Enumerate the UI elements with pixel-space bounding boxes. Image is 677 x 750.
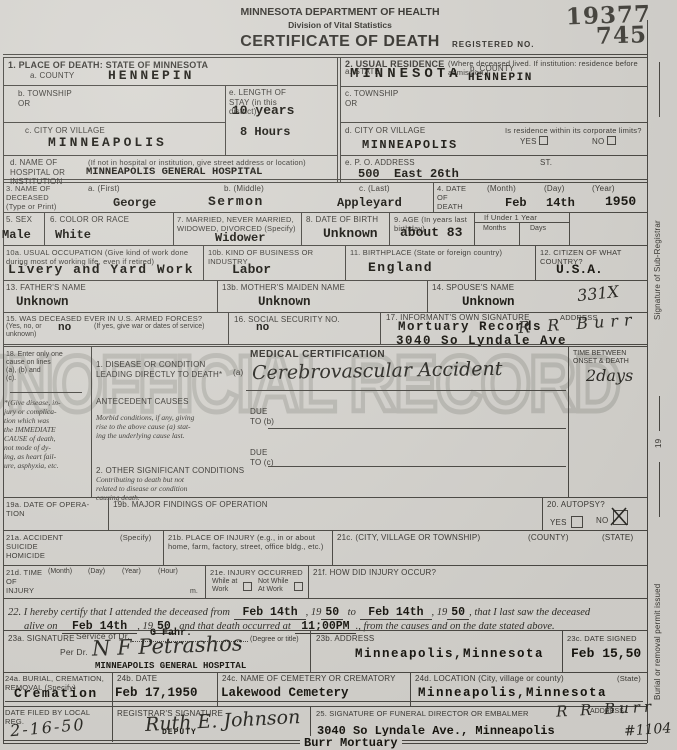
rule	[3, 565, 647, 566]
armed-forces-value: no	[58, 322, 71, 334]
yes-checkbox	[539, 136, 548, 145]
rule	[3, 497, 647, 498]
rule	[3, 85, 337, 86]
residence-county-value: HENNEPIN	[468, 72, 533, 84]
hospital-stamp-value: MINNEAPOLIS GENERAL HOSPITAL	[95, 661, 246, 671]
injury-month-label: (Month)	[48, 568, 72, 576]
injury-hour-label: (Hour)	[158, 568, 178, 576]
autopsy-yes: YES	[550, 516, 583, 528]
header-division: Division of Vital Statistics	[120, 20, 560, 30]
township-label: b. TOWNSHIP OR	[18, 89, 72, 108]
not-while-at-work-label: Not While At Work	[258, 578, 288, 594]
middle-name-label: b. (Middle)	[224, 184, 264, 194]
occupation-value: Livery and Yard Work	[8, 262, 194, 277]
while-at-work-label: While at Work	[212, 578, 237, 594]
margin-year-blank: 19	[654, 439, 664, 448]
burial-permit-margin-label: Burial or removal permit issued	[653, 584, 663, 700]
burial-date-value: Feb 17,1950	[115, 686, 198, 700]
rule	[3, 122, 225, 123]
rule	[519, 222, 520, 245]
day-label: (Day)	[544, 184, 565, 194]
rule	[44, 212, 45, 245]
industry-value: Labor	[232, 262, 271, 277]
rule	[332, 530, 333, 565]
rule	[203, 245, 204, 280]
length-of-stay-years: 10 years	[232, 103, 294, 118]
po-address-value: 500 East 26th	[358, 167, 459, 181]
sex-value: Male	[2, 228, 31, 242]
race-label: 6. COLOR OR RACE	[50, 215, 129, 225]
rule	[173, 212, 174, 245]
rule	[5, 701, 643, 702]
father-name-value: Unknown	[16, 295, 69, 309]
county-label: a. COUNTY	[30, 71, 74, 81]
burial-type-value: Cremation	[14, 686, 98, 701]
residence-city-value: MINNEAPOLIS	[362, 138, 458, 152]
rule	[562, 630, 563, 672]
name-of-deceased-label: 3. NAME OF DECEASED (Type or Print)	[6, 184, 57, 211]
header-department: MINNESOTA DEPARTMENT OF HEALTH	[120, 6, 560, 18]
rule	[659, 62, 660, 117]
length-of-stay-hours: 8 Hours	[240, 125, 290, 139]
rule	[91, 346, 92, 497]
rule	[163, 530, 164, 565]
handwritten-x-mark	[609, 506, 630, 527]
rule	[205, 565, 206, 598]
rule	[345, 245, 346, 280]
physician-address-label: 23b. ADDRESS	[316, 634, 374, 644]
year-label: (Year)	[592, 184, 615, 194]
rule	[3, 182, 647, 183]
rule	[3, 212, 647, 213]
registered-number-stamp-2: 745	[596, 21, 648, 50]
date-signed-label: 23c. DATE SIGNED	[567, 634, 637, 643]
physician-signature-label: 23a. SIGNATURE	[8, 634, 75, 644]
injury-year-label: (Year)	[122, 568, 141, 576]
rule	[225, 85, 226, 155]
rule	[647, 20, 648, 743]
rule	[340, 86, 647, 87]
rule	[3, 706, 647, 707]
accident-suicide-homicide-label: 21a. ACCIDENT SUICIDE HOMICIDE	[6, 533, 63, 560]
father-name-label: 13. FATHER'S NAME	[6, 283, 86, 293]
rule	[217, 280, 218, 312]
rule	[246, 390, 566, 391]
rule	[337, 57, 338, 182]
race-value: White	[55, 228, 91, 242]
death-month-value: Feb	[505, 196, 527, 210]
physician-address-value: Minneapolis,Minnesota	[355, 647, 544, 661]
corporate-no-label: NO	[592, 136, 616, 147]
first-name-value: George	[113, 196, 156, 210]
rule	[340, 122, 647, 123]
date-of-birth-value: Unknown	[323, 226, 378, 241]
cemetery-value: Lakewood Cemetery	[221, 686, 349, 700]
residence-township-label: c. TOWNSHIP OR	[345, 89, 398, 108]
date-signed-value: Feb 15,50	[571, 646, 641, 661]
rule	[310, 630, 311, 672]
state-value: MINNESOTA	[350, 66, 462, 82]
per-dr-label: Per Dr.	[60, 647, 88, 657]
first-name-label: a. (First)	[88, 184, 120, 194]
rule	[228, 312, 229, 344]
while-at-work-checkbox	[243, 582, 252, 591]
rule	[3, 280, 647, 281]
marital-status-value: Widower	[215, 231, 265, 245]
month-label: (Month)	[487, 184, 516, 194]
rule	[10, 392, 82, 393]
citizen-value: U.S.A.	[556, 262, 603, 277]
onset-interval-script: 2days	[586, 366, 633, 385]
county-value: HENNEPIN	[108, 68, 194, 83]
rule	[569, 212, 570, 245]
no-checkbox	[607, 136, 616, 145]
rule	[427, 280, 428, 312]
sub-registrar-margin-label: Signature of Sub-Registrar	[653, 220, 663, 320]
rule	[340, 155, 647, 156]
mother-name-label: 13b. MOTHER'S MAIDEN NAME	[222, 283, 345, 293]
middle-name-value: Sermon	[208, 194, 264, 209]
immediate-cause-footnote: *(Give disease, in- jury or complica- ti…	[4, 398, 60, 470]
rule	[474, 212, 475, 245]
rule	[535, 245, 536, 280]
spouse-name-value: Unknown	[462, 295, 515, 309]
rule	[268, 428, 566, 429]
rule	[3, 179, 647, 180]
major-findings-label: 19b. MAJOR FINDINGS OF OPERATION	[113, 500, 268, 510]
autopsy-label: 20. AUTOPSY?	[547, 500, 605, 510]
injury-county-label: (COUNTY)	[528, 533, 569, 543]
sex-label: 5. SEX	[6, 215, 32, 225]
rule	[3, 344, 647, 345]
due-to-b-label: DUE TO (b)	[250, 407, 274, 426]
days-label: Days	[530, 225, 546, 233]
mother-name-value: Unknown	[258, 295, 311, 309]
burial-location-label: 24d. LOCATION (City, village or county)	[415, 674, 564, 684]
cemetery-label: 24c. NAME OF CEMETERY OR CREMATORY	[222, 674, 396, 684]
city-value: MINNEAPOLIS	[48, 135, 167, 150]
residence-city-label: d. CITY OR VILLAGE	[345, 126, 425, 136]
hospital-label: d. NAME OF HOSPITAL OR INSTITUTION	[10, 158, 65, 187]
date-of-operation-label: 19a. DATE OF OPERA- TION	[6, 500, 89, 518]
corporate-limits-question: Is residence within its corporate limits…	[505, 126, 642, 135]
funeral-director-signature-script: R R Burr	[556, 697, 656, 720]
degree-or-title-label: (Degree or title)	[250, 636, 299, 644]
line-a-label: (a)	[233, 368, 243, 378]
medical-certification-title: MEDICAL CERTIFICATION	[250, 349, 385, 360]
rule	[308, 565, 309, 598]
rule	[3, 155, 337, 156]
physician-signature-script: N F Petrashos	[92, 631, 243, 660]
rule	[659, 396, 660, 431]
death-day-value: 14th	[546, 196, 575, 210]
birthplace-label: 11. BIRTHPLACE (State or foreign country…	[350, 248, 502, 257]
cause-of-death-script: Cerebrovascular Accident	[252, 358, 503, 384]
rule	[474, 222, 569, 223]
rule	[3, 530, 647, 531]
injury-m-label: m.	[190, 588, 198, 596]
corporate-yes-label: YES	[520, 136, 548, 147]
place-of-injury-label: 21b. PLACE OF INJURY (e.g., in or about …	[168, 533, 324, 551]
rule	[112, 706, 113, 742]
item18-instructions: 18. Enter only one cause on lines (a), (…	[6, 351, 63, 383]
hospital-value: MINNEAPOLIS GENERAL HOSPITAL	[86, 166, 262, 178]
not-while-at-work-checkbox	[294, 582, 303, 591]
autopsy-yes-checkbox	[571, 516, 583, 528]
rule	[568, 346, 569, 497]
ssn-value: no	[256, 322, 269, 334]
injury-occurred-label: 21e. INJURY OCCURRED	[210, 568, 303, 577]
injury-city-label: 21c. (CITY, VILLAGE OR TOWNSHIP)	[337, 533, 480, 543]
time-between-onset-label: TIME BETWEEN ONSET & DEATH	[573, 350, 629, 366]
morbid-conditions-note: Morbid conditions, if any, giving rise t…	[96, 413, 194, 440]
rule	[3, 57, 647, 58]
last-name-label: c. (Last)	[359, 184, 390, 194]
mortuary-name-value: Burr Mortuary	[300, 736, 402, 750]
rule	[3, 312, 647, 313]
registered-no-label: REGISTERED NO.	[452, 40, 534, 49]
burial-location-value: Minneapolis,Minnesota	[418, 686, 607, 700]
injury-state-label: (STATE)	[602, 533, 633, 543]
rule	[3, 245, 647, 246]
rule	[340, 57, 341, 182]
due-to-c-label: DUE TO (c)	[250, 448, 274, 467]
months-label: Months	[483, 225, 506, 233]
spouse-name-label: 14. SPOUSE'S NAME	[432, 283, 514, 293]
rule	[268, 466, 566, 467]
rule	[3, 672, 647, 673]
injury-day-label: (Day)	[88, 568, 105, 576]
armed-forces-note: (If yes, give war or dates of service)	[94, 323, 204, 331]
death-year-value: 1950	[605, 194, 636, 209]
rule	[3, 54, 647, 55]
rule	[389, 212, 390, 245]
date-of-birth-label: 8. DATE OF BIRTH	[306, 215, 378, 225]
rule	[3, 346, 647, 347]
permit-number-script: #1104	[623, 720, 671, 739]
specify-label: (Specify)	[120, 533, 151, 542]
rule	[380, 312, 381, 344]
burial-date-label: 24b. DATE	[117, 674, 157, 684]
time-of-injury-label: 21d. TIME OF INJURY	[6, 568, 42, 595]
armed-forces-sublabel: (Yes, no, or unknown)	[6, 323, 42, 339]
burial-state-label: (State)	[617, 674, 641, 683]
antecedent-causes-label: ANTECEDENT CAUSES	[96, 397, 189, 407]
street-label: ST.	[540, 158, 552, 168]
handwritten-note-331x: 331X	[576, 282, 620, 305]
how-injury-occurred-label: 21f. HOW DID INJURY OCCUR?	[313, 568, 436, 578]
under-one-year-label: If Under 1 Year	[484, 213, 537, 222]
armed-forces-label: 15. WAS DECEASED EVER IN U.S. ARMED FORC…	[6, 314, 202, 323]
birthplace-value: England	[368, 260, 433, 275]
last-name-value: Appleyard	[337, 196, 402, 210]
age-value: about 83	[400, 225, 462, 240]
rule	[542, 497, 543, 530]
rule	[301, 212, 302, 245]
rule	[659, 462, 660, 517]
rule	[3, 598, 647, 599]
autopsy-no: NO	[596, 516, 608, 526]
date-of-death-label: 4. DATE OF DEATH	[437, 184, 466, 211]
funeral-director-label: 25. SIGNATURE OF FUNERAL DIRECTOR OR EMB…	[316, 709, 529, 718]
autopsy-no-checkbox	[613, 510, 628, 525]
rule	[108, 497, 109, 530]
disease-condition-label: 1. DISEASE OR CONDITION LEADING DIRECTLY…	[96, 360, 222, 379]
rule	[433, 182, 434, 212]
death-certificate-scan: UNOFFICIAL RECORD MINNESOTA DEPARTMENT O…	[0, 0, 677, 750]
ssn-label: 16. SOCIAL SECURITY NO.	[234, 315, 340, 325]
time-of-death-value: 11;00PM	[295, 620, 355, 634]
